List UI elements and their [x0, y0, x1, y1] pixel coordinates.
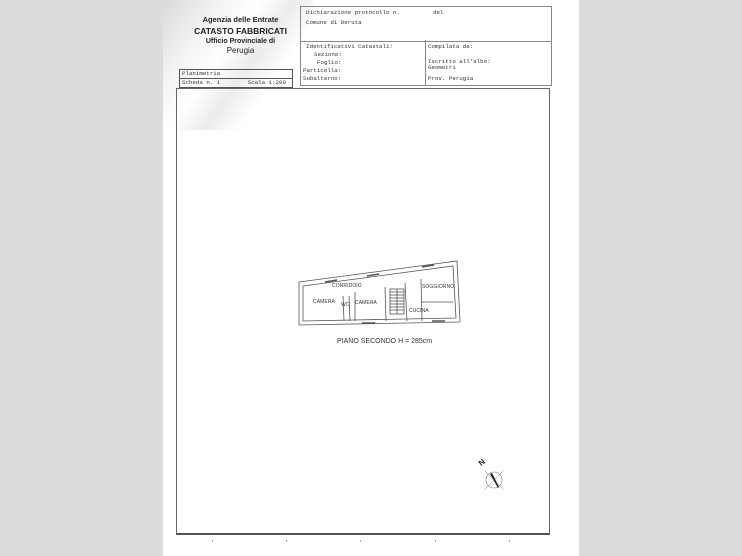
compiled-by-label: Compilata da:: [428, 43, 473, 50]
particella-label: Particella:: [303, 67, 341, 74]
scale: Scala 1:200: [248, 79, 286, 87]
province: Prov. Perugia: [428, 75, 473, 82]
compiler-column: Compilata da: Iscritto all'albo: Geometr…: [426, 40, 551, 85]
scheda-number: Scheda n. 1: [182, 79, 220, 87]
room-label-wc: WC: [341, 302, 350, 308]
room-label-corridoio: CORRIDOIO: [332, 283, 362, 289]
planimetria-box: Planimetria Scheda n. 1 Scala 1:200: [179, 69, 293, 88]
scheda-row: Scheda n. 1 Scala 1:200: [180, 78, 292, 87]
declaration-box: Dichiarazione protocollo n. del Comune d…: [300, 6, 552, 42]
identifiers-title: Identificativi Catastali:: [306, 43, 393, 50]
sezione-label: Sezione:: [314, 51, 342, 58]
floor-caption: PIANO SECONDO H = 285cm: [337, 338, 432, 345]
cadastral-document-page: Agenzia delle Entrate CATASTO FABBRICATI…: [163, 0, 579, 556]
room-label-camera-1: CAMERA: [313, 299, 335, 305]
subalterno-label: Subalterno:: [303, 75, 341, 82]
office-name: Ufficio Provinciale di: [178, 38, 303, 45]
protocol-label: Dichiarazione protocollo n.: [306, 9, 400, 16]
drawing-frame: CAMERA WC CAMERA CORRIDOIO SOGGIORNO CUC…: [176, 88, 550, 535]
profession: Geometri: [428, 64, 456, 71]
comune: Comune di Deruta: [306, 19, 362, 26]
planimetria-label: Planimetria: [180, 70, 292, 78]
office-city: Perugia: [178, 46, 303, 55]
document-title: CATASTO FABBRICATI: [178, 26, 303, 36]
room-label-camera-2: CAMERA: [355, 300, 377, 306]
agency-name: Agenzia delle Entrate: [178, 15, 303, 24]
identifiers-column: Identificativi Catastali: Sezione: Fogli…: [301, 40, 426, 85]
identifiers-box: Identificativi Catastali: Sezione: Fogli…: [300, 40, 552, 86]
agency-header: Agenzia delle Entrate CATASTO FABBRICATI…: [178, 15, 303, 55]
foglio-label: Foglio:: [317, 59, 341, 66]
date-label: del: [433, 9, 443, 16]
room-label-cucina: CUCINA: [409, 308, 429, 314]
room-label-soggiorno: SOGGIORNO: [422, 284, 454, 290]
north-compass: N: [477, 456, 507, 497]
